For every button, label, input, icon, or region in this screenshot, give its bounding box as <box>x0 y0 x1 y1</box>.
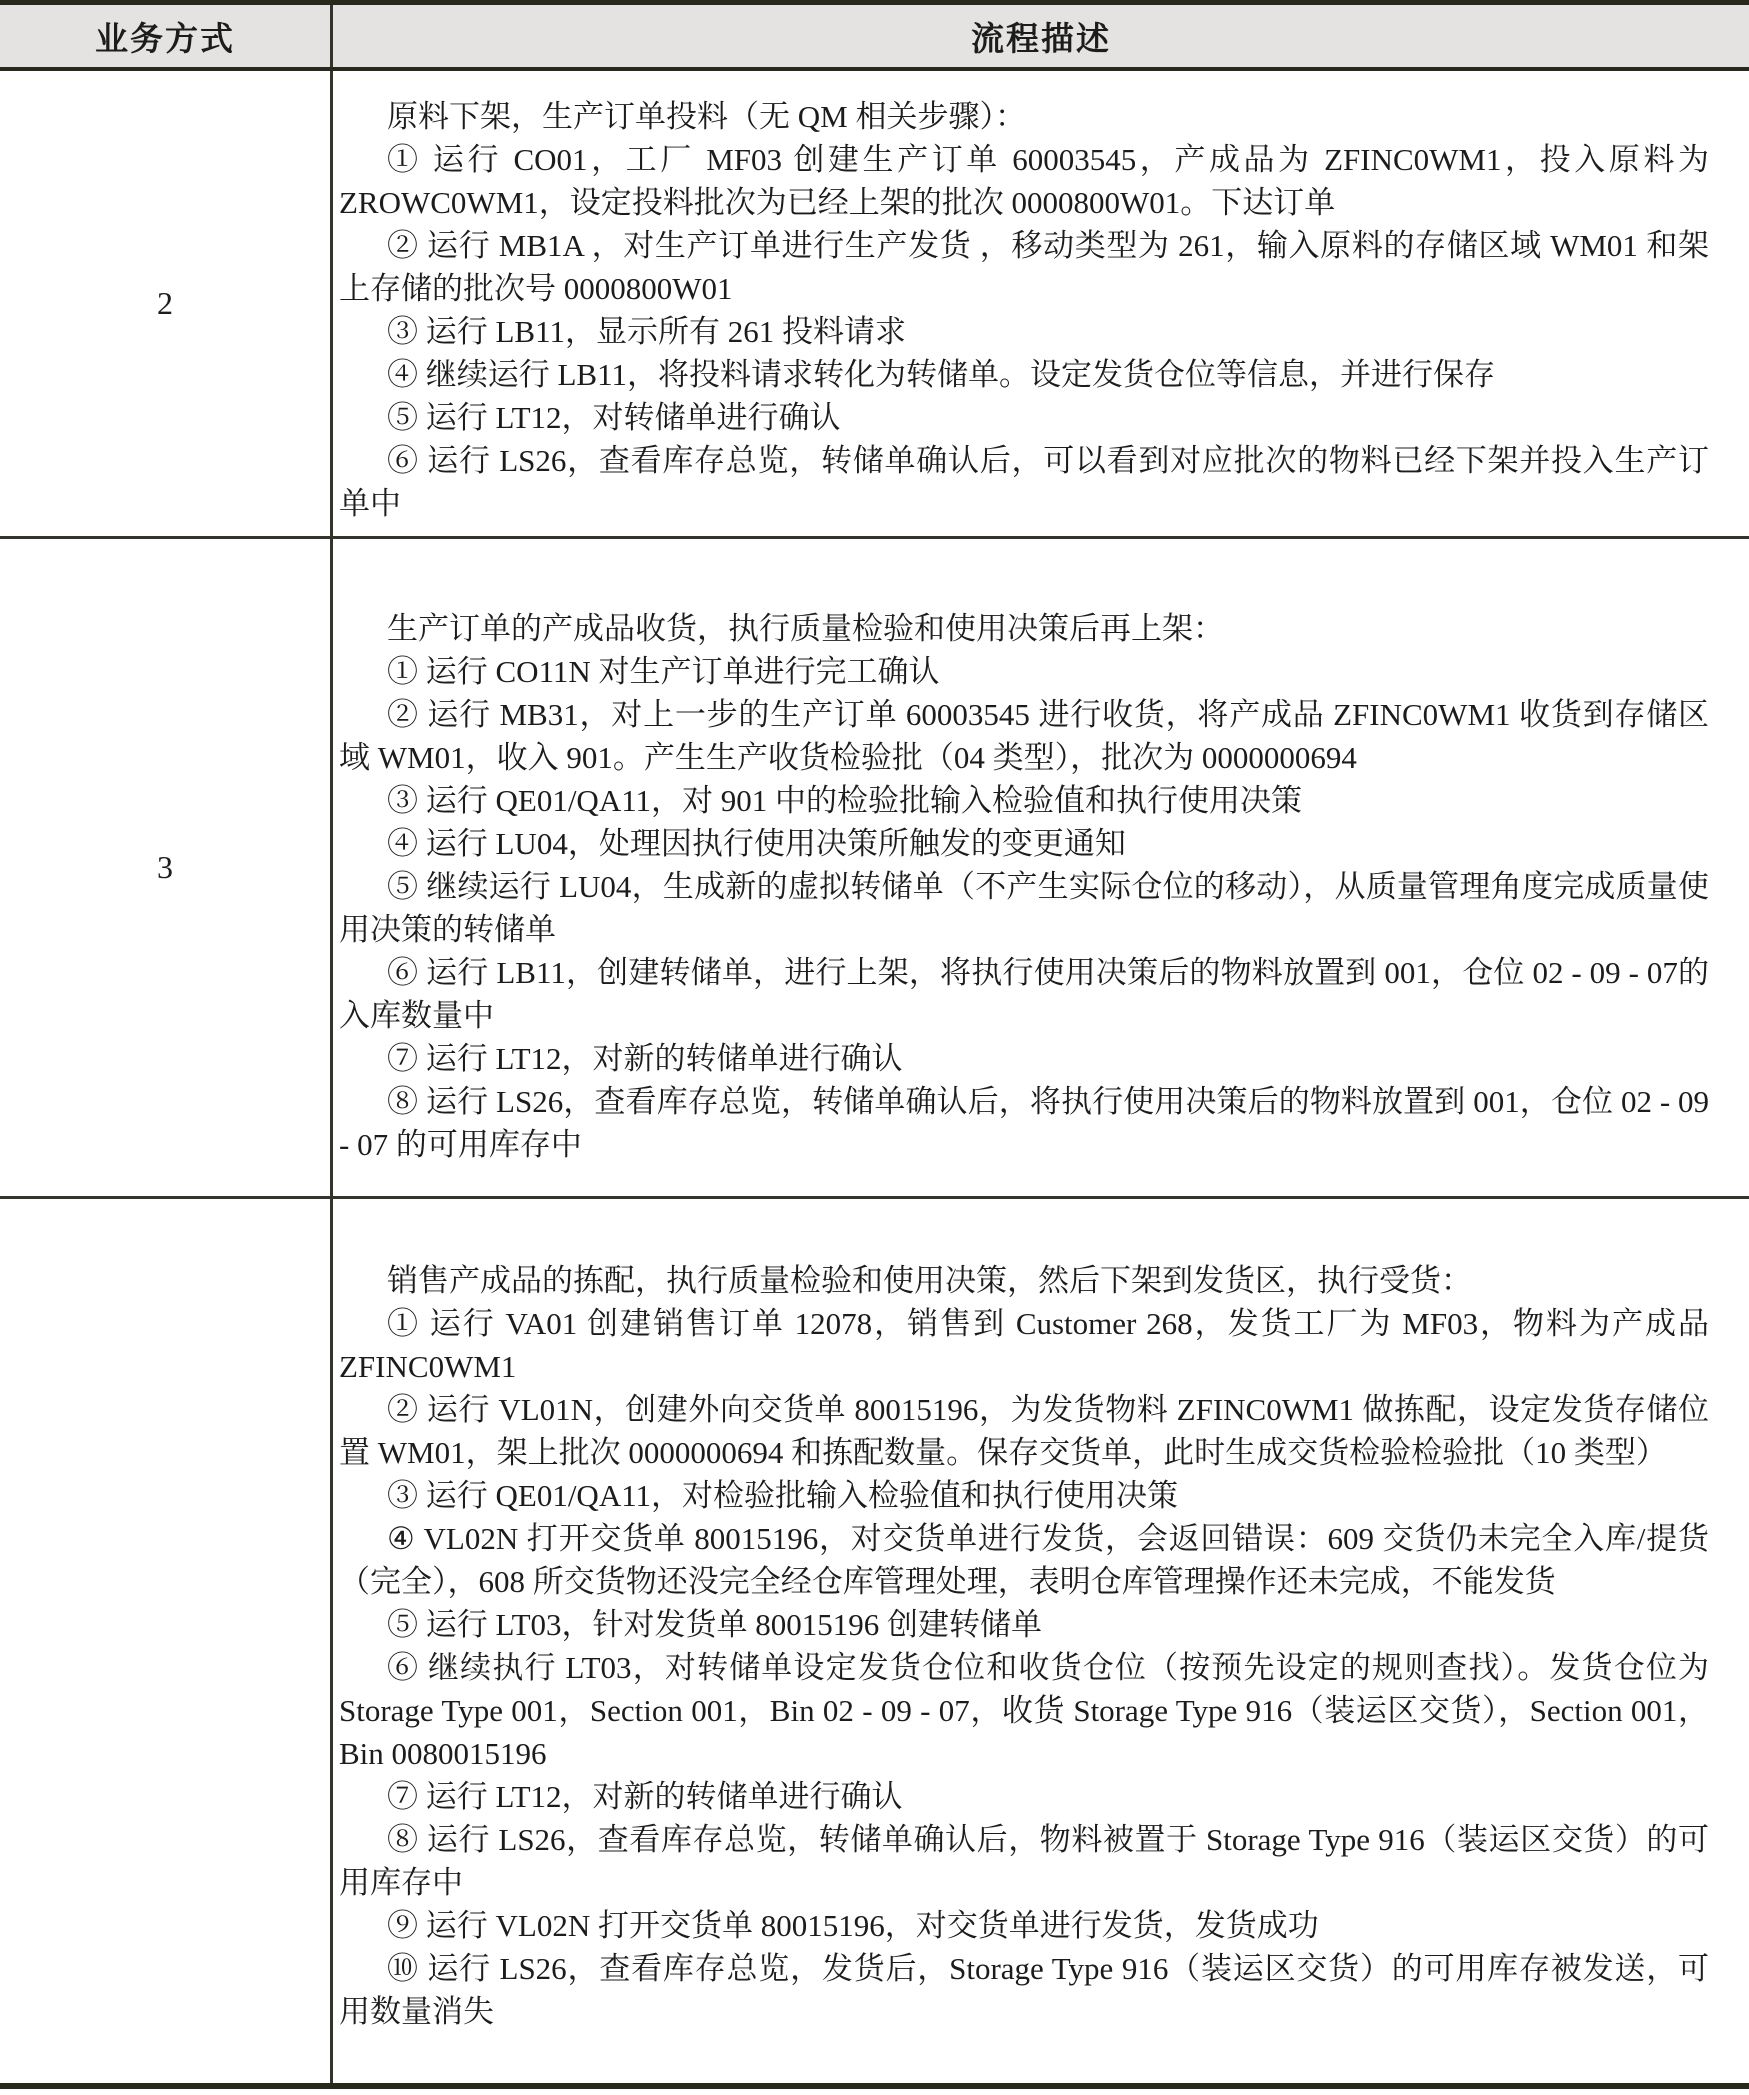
process-paragraph: ⑦ 运行 LT12，对新的转储单进行确认 <box>339 1037 1709 1080</box>
process-paragraph: ⑤ 运行 LT12，对转储单进行确认 <box>339 396 1709 439</box>
process-paragraph: ④ 继续运行 LB11，将投料请求转化为转储单。设定发货仓位等信息，并进行保存 <box>339 353 1709 396</box>
process-paragraph: ③ 运行 QE01/QA11，对 901 中的检验批输入检验值和执行使用决策 <box>339 779 1709 822</box>
process-paragraph: ⑥ 运行 LB11，创建转储单，进行上架，将执行使用决策后的物料放置到 001，… <box>339 951 1709 1037</box>
table-row: 销售产成品的拣配，执行质量检验和使用决策，然后下架到发货区，执行受货：① 运行 … <box>0 1196 1749 2083</box>
process-paragraph: ① 运行 VA01 创建销售订单 12078，销售到 Customer 268，… <box>339 1302 1709 1388</box>
process-paragraph: 销售产成品的拣配，执行质量检验和使用决策，然后下架到发货区，执行受货： <box>339 1259 1709 1302</box>
process-paragraph: ④ VL02N 打开交货单 80015196，对交货单进行发货，会返回错误：60… <box>339 1517 1709 1603</box>
table-row: 2 原料下架，生产订单投料（无 QM 相关步骤）：① 运行 CO01，工厂 MF… <box>0 71 1749 536</box>
process-paragraph: ⑤ 运行 LT03，针对发货单 80015196 创建转储单 <box>339 1603 1709 1646</box>
header-process-description: 流程描述 <box>333 5 1749 67</box>
process-paragraph: ⑩ 运行 LS26，查看库存总览，发货后，Storage Type 916（装运… <box>339 1947 1709 2033</box>
process-flow-table: 业务方式 流程描述 2 原料下架，生产订单投料（无 QM 相关步骤）：① 运行 … <box>0 0 1749 2089</box>
table-header-row: 业务方式 流程描述 <box>0 5 1749 71</box>
row-method-number: 2 <box>0 71 333 536</box>
header-business-method: 业务方式 <box>0 5 333 67</box>
process-paragraph: ⑧ 运行 LS26，查看库存总览，转储单确认后，物料被置于 Storage Ty… <box>339 1818 1709 1904</box>
process-paragraph: ⑨ 运行 VL02N 打开交货单 80015196，对交货单进行发货，发货成功 <box>339 1904 1709 1947</box>
table-row: 3 生产订单的产成品收货，执行质量检验和使用决策后再上架：① 运行 CO11N … <box>0 536 1749 1196</box>
process-paragraph: ② 运行 MB31，对上一步的生产订单 60003545 进行收货，将产成品 Z… <box>339 693 1709 779</box>
process-paragraph: ⑥ 运行 LS26，查看库存总览，转储单确认后，可以看到对应批次的物料已经下架并… <box>339 439 1709 525</box>
process-paragraph: ⑦ 运行 LT12，对新的转储单进行确认 <box>339 1775 1709 1818</box>
process-paragraph: ⑥ 继续执行 LT03，对转储单设定发货仓位和收货仓位（按预先设定的规则查找）。… <box>339 1646 1709 1775</box>
row-process-description: 销售产成品的拣配，执行质量检验和使用决策，然后下架到发货区，执行受货：① 运行 … <box>333 1199 1749 2083</box>
process-paragraph: ② 运行 VL01N，创建外向交货单 80015196，为发货物料 ZFINC0… <box>339 1388 1709 1474</box>
row-process-description: 原料下架，生产订单投料（无 QM 相关步骤）：① 运行 CO01，工厂 MF03… <box>333 71 1749 536</box>
row-method-number <box>0 1199 333 2083</box>
process-paragraph: ④ 运行 LU04，处理因执行使用决策所触发的变更通知 <box>339 822 1709 865</box>
process-paragraph: ① 运行 CO01，工厂 MF03 创建生产订单 60003545，产成品为 Z… <box>339 138 1709 224</box>
process-paragraph: ③ 运行 QE01/QA11，对检验批输入检验值和执行使用决策 <box>339 1474 1709 1517</box>
process-paragraph: ⑤ 继续运行 LU04，生成新的虚拟转储单（不产生实际仓位的移动），从质量管理角… <box>339 865 1709 951</box>
process-paragraph: ② 运行 MB1A ，对生产订单进行生产发货 ，移动类型为 261，输入原料的存… <box>339 224 1709 310</box>
row-process-description: 生产订单的产成品收货，执行质量检验和使用决策后再上架：① 运行 CO11N 对生… <box>333 539 1749 1196</box>
process-paragraph: ⑧ 运行 LS26，查看库存总览，转储单确认后，将执行使用决策后的物料放置到 0… <box>339 1080 1709 1166</box>
process-paragraph: ① 运行 CO11N 对生产订单进行完工确认 <box>339 650 1709 693</box>
process-paragraph: ③ 运行 LB11，显示所有 261 投料请求 <box>339 310 1709 353</box>
row-method-number: 3 <box>0 539 333 1196</box>
process-paragraph: 生产订单的产成品收货，执行质量检验和使用决策后再上架： <box>339 607 1709 650</box>
process-paragraph: 原料下架，生产订单投料（无 QM 相关步骤）： <box>339 95 1709 138</box>
